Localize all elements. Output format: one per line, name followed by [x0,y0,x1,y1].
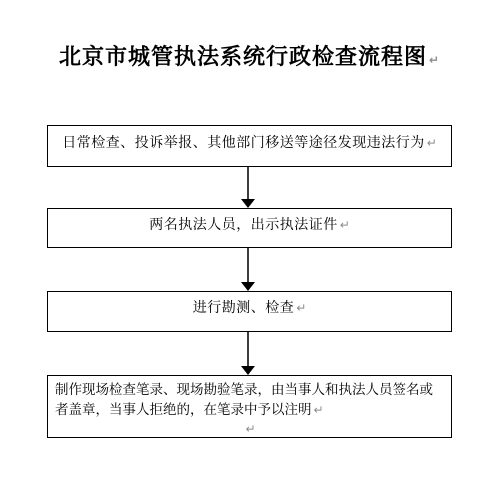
flow-box-step-3: 进行勘测、检查↵ [47,291,452,332]
flow-box-step-2-text: 两名执法人员，出示执法证件 [149,218,338,233]
paragraph-mark-icon: ↵ [340,218,350,232]
flow-box-step-1-text: 日常检查、投诉举报、其他部门移送等途径发现违法行为 [62,136,425,151]
paragraph-mark-icon: ↵ [314,403,324,417]
arrow-down-icon [241,199,255,208]
flow-box-step-4-line-2: 者盖章，当事人拒绝的，在笔录中予以注明↵ [55,400,444,420]
flowchart-title-text: 北京市城管执法系统行政检查流程图 [59,44,427,69]
arrow-down-icon [241,282,255,291]
arrow-line [247,167,249,200]
arrow-line [247,248,249,283]
arrow-line [247,332,249,367]
flow-arrow-1 [241,167,255,208]
paragraph-mark-icon: ↵ [296,301,306,315]
flow-box-step-3-text: 进行勘测、检查 [193,301,295,316]
flow-box-step-4-empty-line: ↵ [55,420,444,438]
flow-box-step-4-line-2-text: 者盖章，当事人拒绝的，在笔录中予以注明 [55,402,312,417]
paragraph-mark-icon: ↵ [429,53,439,67]
flow-box-step-1: 日常检查、投诉举报、其他部门移送等途径发现违法行为↵ [47,125,452,167]
document-page: 北京市城管执法系统行政检查流程图↵ 日常检查、投诉举报、其他部门移送等途径发现违… [0,0,498,489]
flow-box-step-4: 制作现场检查笔录、现场勘验笔录，由当事人和执法人员签名或 者盖章，当事人拒绝的，… [47,375,452,438]
flow-box-step-2: 两名执法人员，出示执法证件↵ [47,208,452,248]
paragraph-mark-icon: ↵ [427,136,437,150]
paragraph-mark-icon: ↵ [245,422,255,436]
flow-arrow-2 [241,248,255,291]
flow-box-step-4-line-1: 制作现场检查笔录、现场勘验笔录，由当事人和执法人员签名或 [55,380,444,400]
arrow-down-icon [241,366,255,375]
flowchart-title: 北京市城管执法系统行政检查流程图↵ [0,42,498,75]
flow-arrow-3 [241,332,255,375]
